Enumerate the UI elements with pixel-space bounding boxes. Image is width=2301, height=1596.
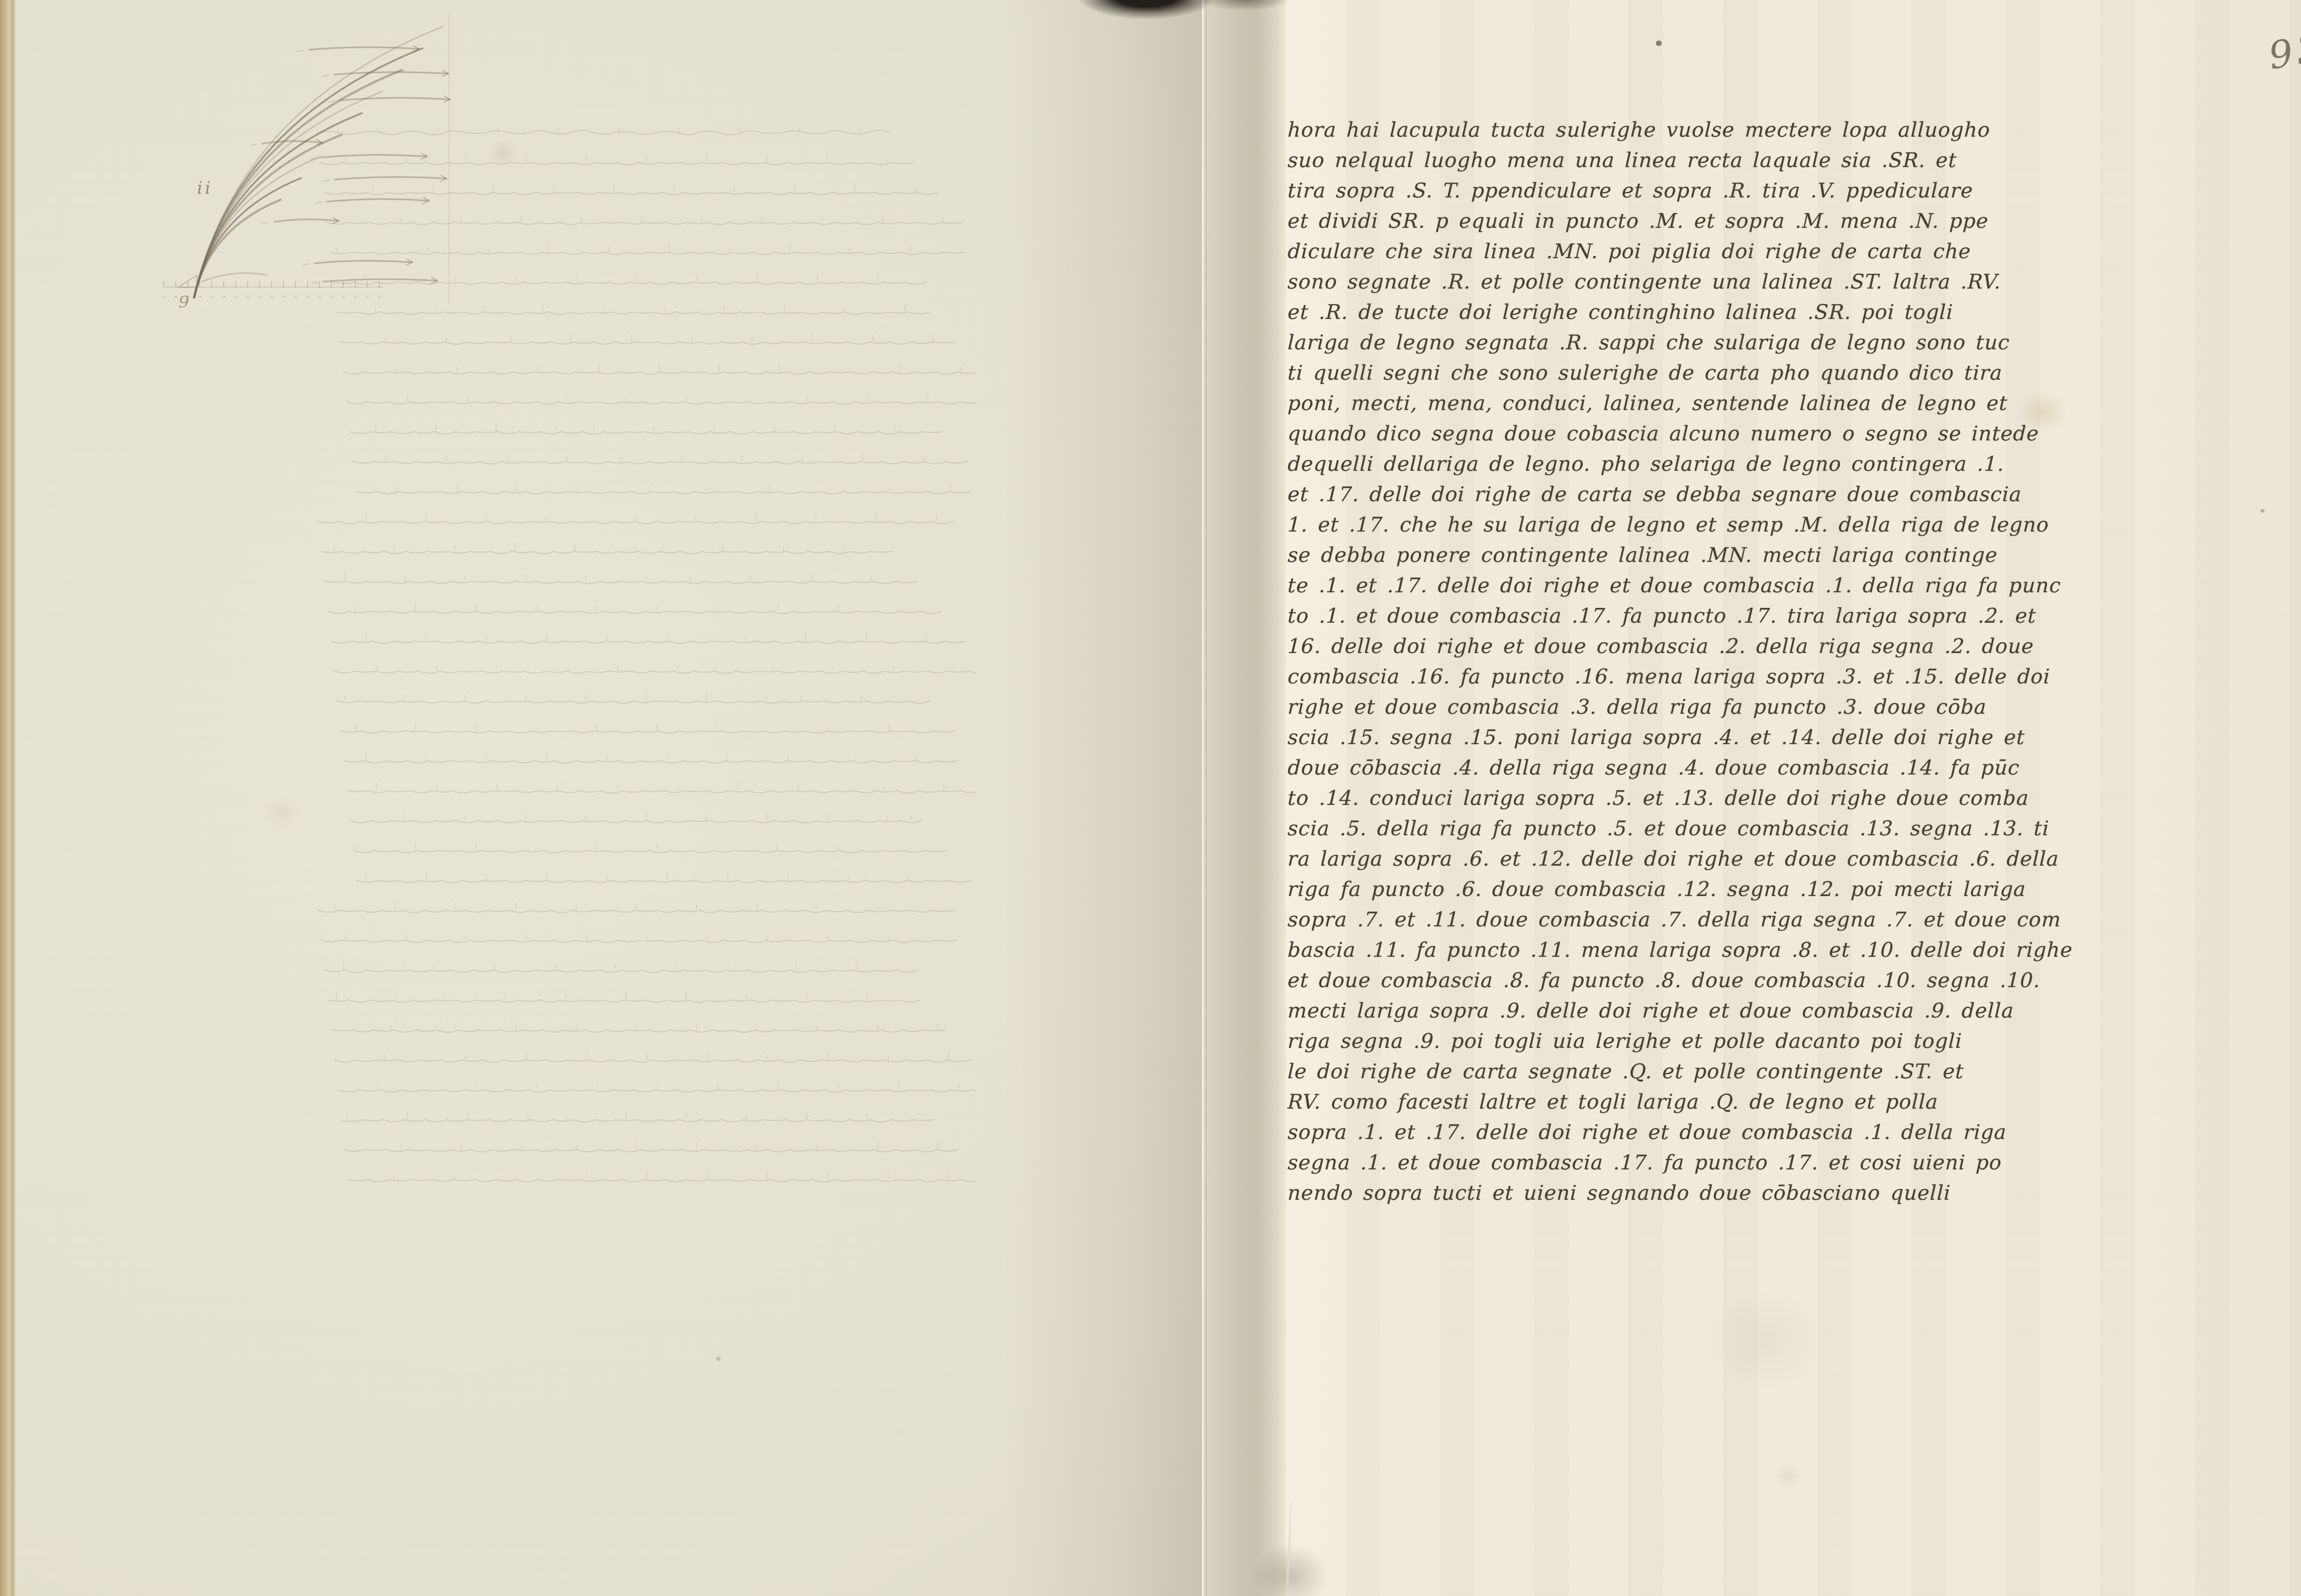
manuscript-line: dequelli dellariga de legno. pho selarig… [1287,449,2073,480]
manuscript-line: sopra .1. et .17. delle doi righe et dou… [1287,1117,2073,1148]
manuscript-line: sono segnate .R. et polle contingente un… [1287,267,2073,297]
manuscript-line: ra lariga sopra .6. et .12. delle doi ri… [1287,844,2073,874]
manuscript-line: combascia .16. fa puncto .16. mena larig… [1287,662,2073,692]
manuscript-line: ti quelli segni che sono sulerighe de ca… [1287,358,2073,388]
manuscript-line: to .1. et doue combascia .17. fa puncto … [1287,601,2073,631]
ink-speck [2261,509,2265,513]
bleedthrough-text [318,121,976,1211]
manuscript-line: 1. et .17. che he su lariga de legno et … [1287,510,2073,540]
manuscript-line: se debba ponere contingente lalinea .MN.… [1287,540,2073,571]
manuscript-line: et doue combascia .8. fa puncto .8. doue… [1287,966,2073,996]
manuscript-line: tira sopra .S. T. ppendiculare et sopra … [1287,176,2073,206]
manuscript-line: et .17. delle doi righe de carta se debb… [1287,480,2073,510]
page-fold-crease [1202,0,1207,1596]
manuscript-line: doue cōbascia .4. della riga segna .4. d… [1287,753,2073,783]
manuscript-line: 16. delle doi righe et doue combascia .2… [1287,631,2073,662]
left-page-fore-edge [0,0,16,1596]
manuscript-line: segna .1. et doue combascia .17. fa punc… [1287,1148,2073,1178]
marginal-nine-mark: 9 [179,293,189,312]
manuscript-line: poni, mecti, mena, conduci, lalinea, sen… [1287,388,2073,419]
ink-speck [1656,40,1662,46]
folio-number: 93 [2266,26,2301,78]
manuscript-line: quando dico segna doue cobascia alcuno n… [1287,419,2073,449]
binding-gutter [1207,0,1286,1596]
marginal-ii-mark: ii [197,178,213,198]
manuscript-line: riga segna .9. poi togli uia lerighe et … [1287,1026,2073,1057]
manuscript-line: scia .5. della riga fa puncto .5. et dou… [1287,814,2073,844]
gutter-shadow [1003,0,1202,1596]
manuscript-line: et dividi SR. p equali in puncto .M. et … [1287,206,2073,237]
manuscript-line: te .1. et .17. delle doi righe et doue c… [1287,571,2073,601]
manuscript-line: righe et doue combascia .3. della riga f… [1287,692,2073,723]
manuscript-line: suo nelqual luogho mena una linea recta … [1287,145,2073,176]
manuscript-text-block: hora hai lacupula tucta sulerighe vuolse… [1288,115,2073,1209]
manuscript-line: bascia .11. fa puncto .11. mena lariga s… [1287,935,2073,966]
manuscript-line: nendo sopra tucti et uieni segnando doue… [1287,1178,2073,1209]
manuscript-line: diculare che sira linea .MN. poi piglia … [1287,237,2073,267]
manuscript-line: hora hai lacupula tucta sulerighe vuolse… [1287,115,2073,145]
manuscript-line: to .14. conduci lariga sopra .5. et .13.… [1287,783,2073,814]
manuscript-line: lariga de legno segnata .R. sappi che su… [1287,328,2073,358]
ink-speck [716,1357,721,1361]
manuscript-line: et .R. de tucte doi lerighe continghino … [1287,297,2073,328]
manuscript-line: le doi righe de carta segnate .Q. et pol… [1287,1057,2073,1087]
manuscript-line: scia .15. segna .15. poni lariga sopra .… [1287,723,2073,753]
manuscript-line: RV. como facesti laltre et togli lariga … [1287,1087,2073,1117]
gutter-top-shadow [1197,0,1293,14]
manuscript-line: riga fa puncto .6. doue combascia .12. s… [1287,874,2073,905]
manuscript-line: mecti lariga sopra .9. delle doi righe e… [1287,996,2073,1026]
gutter-bottom-shadow [1237,1529,1334,1596]
manuscript-line: sopra .7. et .11. doue combascia .7. del… [1287,905,2073,935]
